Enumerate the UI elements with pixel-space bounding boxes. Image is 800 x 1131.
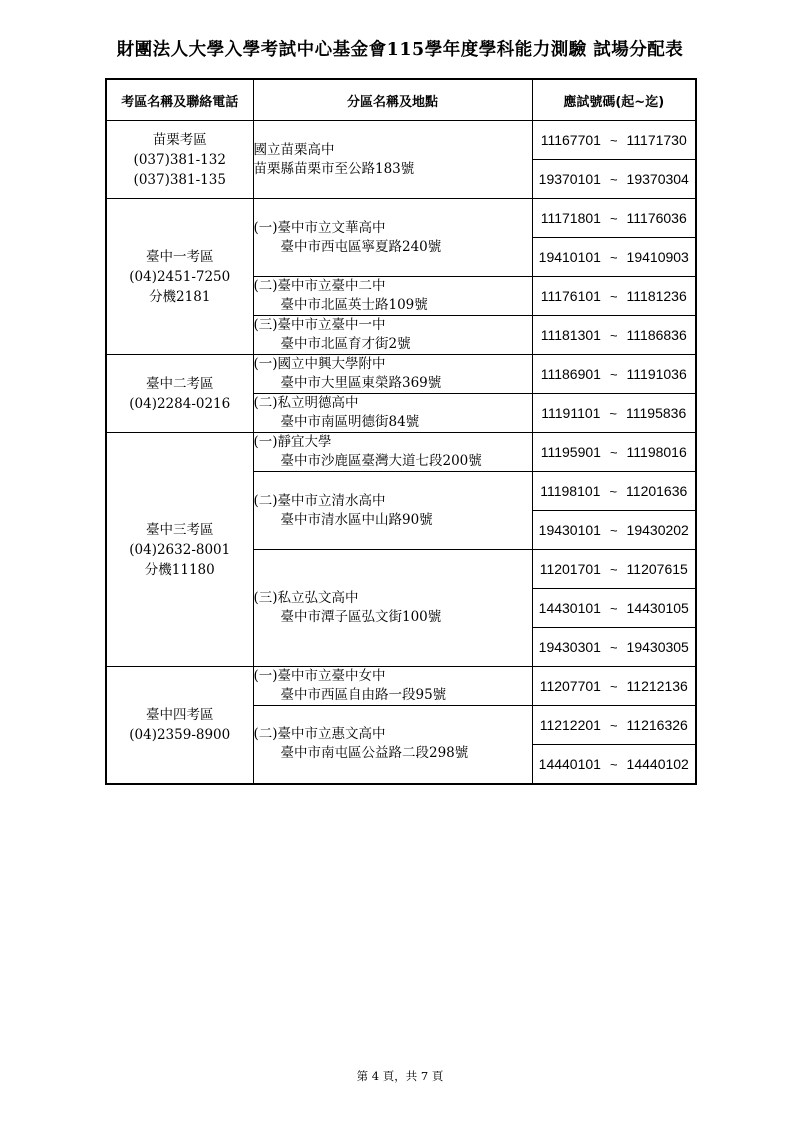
exam-number-range-cell: 11176101~11181236: [532, 277, 696, 316]
range-start: 19410101: [539, 249, 601, 265]
venue-name: (二)臺中市立臺中二中: [254, 277, 532, 296]
range-tilde: ~: [610, 133, 618, 148]
range-end: 11195836: [626, 405, 686, 421]
range-tilde: ~: [610, 679, 618, 694]
range-end: 11191036: [627, 366, 687, 382]
venue-address: 臺中市北區育才街2號: [281, 335, 532, 354]
range-tilde: ~: [610, 640, 618, 655]
table-row: 苗栗考區(037)381-132(037)381-135國立苗栗高中苗栗縣苗栗市…: [106, 121, 696, 160]
venue-address: 臺中市西屯區寧夏路240號: [281, 238, 532, 257]
table-row: 臺中二考區(04)2284-0216(一)國立中興大學附中臺中市大里區東榮路36…: [106, 355, 696, 394]
venue-name: (二)私立明德高中: [254, 394, 532, 413]
venue-cell: (一)國立中興大學附中臺中市大里區東榮路369號: [253, 355, 532, 394]
table-row: 臺中三考區(04)2632-8001分機11180(一)靜宜大學臺中市沙鹿區臺灣…: [106, 433, 696, 472]
venue-cell: (三)私立弘文高中臺中市潭子區弘文街100號: [253, 550, 532, 667]
venue-name: (三)臺中市立臺中一中: [254, 316, 532, 335]
range-end: 11207615: [627, 561, 688, 577]
range-start: 19370101: [539, 171, 601, 187]
range-start: 11186901: [541, 366, 601, 382]
table-row: 臺中一考區(04)2451-7250分機2181(一)臺中市立文華高中臺中市西屯…: [106, 199, 696, 238]
venue-cell: (二)臺中市立清水高中臺中市清水區中山路90號: [253, 472, 532, 550]
range-tilde: ~: [610, 445, 618, 460]
exam-number-range-cell: 19430101~19430202: [532, 511, 696, 550]
document-page: 財團法人大學入學考試中心基金會115學年度學科能力測驗 試場分配表 考區名稱及聯…: [0, 0, 800, 1131]
exam-area-name: 臺中四考區: [107, 705, 253, 725]
exam-area-phone: (04)2632-8001: [107, 540, 253, 560]
venue-name: (一)靜宜大學: [254, 433, 532, 452]
range-end: 14440102: [627, 756, 689, 772]
range-tilde: ~: [610, 523, 618, 538]
range-tilde: ~: [610, 289, 618, 304]
range-end: 19430202: [627, 522, 689, 538]
range-end: 11212136: [627, 678, 688, 694]
venue-cell: (二)私立明德高中臺中市南區明德街84號: [253, 394, 532, 433]
column-header-exam-area: 考區名稱及聯絡電話: [106, 79, 253, 121]
range-end: 11171730: [627, 132, 687, 148]
range-start: 11212201: [540, 717, 601, 733]
range-end: 11186836: [627, 327, 687, 343]
exam-number-range-cell: 11191101~11195836: [532, 394, 696, 433]
column-header-exam-numbers: 應試號碼(起~迄): [532, 79, 696, 121]
range-end: 19370304: [627, 171, 689, 187]
range-end: 11176036: [627, 210, 687, 226]
exam-number-range-cell: 14430101~14430105: [532, 589, 696, 628]
range-start: 19430301: [539, 639, 601, 655]
exam-venue-allocation-table: 考區名稱及聯絡電話 分區名稱及地點 應試號碼(起~迄) 苗栗考區(037)381…: [105, 78, 697, 785]
range-start: 11181301: [541, 327, 601, 343]
range-start: 11167701: [541, 132, 601, 148]
range-start: 14440101: [539, 756, 601, 772]
range-end: 19410903: [627, 249, 689, 265]
venue-name: 國立苗栗高中: [254, 141, 532, 160]
venue-address: 臺中市南區明德街84號: [281, 413, 532, 432]
exam-area-cell: 苗栗考區(037)381-132(037)381-135: [106, 121, 253, 199]
range-tilde: ~: [609, 406, 617, 421]
range-end: 11198016: [627, 444, 687, 460]
range-start: 11201701: [540, 561, 601, 577]
table-row: 臺中四考區(04)2359-8900(一)臺中市立臺中女中臺中市西區自由路一段9…: [106, 667, 696, 706]
venue-cell: (一)臺中市立臺中女中臺中市西區自由路一段95號: [253, 667, 532, 706]
venue-cell: (一)靜宜大學臺中市沙鹿區臺灣大道七段200號: [253, 433, 532, 472]
page-title: 財團法人大學入學考試中心基金會115學年度學科能力測驗 試場分配表: [0, 36, 800, 61]
venue-cell: (三)臺中市立臺中一中臺中市北區育才街2號: [253, 316, 532, 355]
exam-number-range-cell: 11198101~11201636: [532, 472, 696, 511]
range-tilde: ~: [610, 172, 618, 187]
exam-area-phone: 分機2181: [107, 287, 253, 307]
range-tilde: ~: [610, 718, 618, 733]
exam-number-range-cell: 11212201~11216326: [532, 706, 696, 745]
venue-address: 臺中市沙鹿區臺灣大道七段200號: [281, 452, 532, 471]
range-start: 11195901: [541, 444, 601, 460]
exam-number-range-cell: 11195901~11198016: [532, 433, 696, 472]
exam-area-phone: (037)381-132: [107, 150, 253, 170]
venue-cell: (一)臺中市立文華高中臺中市西屯區寧夏路240號: [253, 199, 532, 277]
venue-address: 臺中市南屯區公益路二段298號: [281, 744, 532, 763]
column-header-venue: 分區名稱及地點: [253, 79, 532, 121]
table-header-row: 考區名稱及聯絡電話 分區名稱及地點 應試號碼(起~迄): [106, 79, 696, 121]
exam-area-phone: (04)2451-7250: [107, 267, 253, 287]
exam-number-range-cell: 19410101~19410903: [532, 238, 696, 277]
exam-number-range-cell: 11171801~11176036: [532, 199, 696, 238]
exam-area-name: 臺中二考區: [107, 374, 253, 394]
venue-name: (二)臺中市立惠文高中: [254, 725, 532, 744]
page-number: 第 4 頁，共 7 頁: [0, 1068, 800, 1084]
exam-area-phone: 分機11180: [107, 560, 253, 580]
range-start: 14430101: [539, 600, 601, 616]
range-tilde: ~: [609, 484, 617, 499]
exam-number-range-cell: 11186901~11191036: [532, 355, 696, 394]
venue-name: (一)臺中市立臺中女中: [254, 667, 532, 686]
range-start: 11207701: [540, 678, 601, 694]
venue-name: (三)私立弘文高中: [254, 589, 532, 608]
venue-cell: 國立苗栗高中苗栗縣苗栗市至公路183號: [253, 121, 532, 199]
range-start: 19430101: [539, 522, 601, 538]
exam-number-range-cell: 11181301~11186836: [532, 316, 696, 355]
range-end: 11201636: [626, 483, 687, 499]
range-tilde: ~: [610, 211, 618, 226]
exam-number-range-cell: 11207701~11212136: [532, 667, 696, 706]
venue-address: 臺中市北區英士路109號: [281, 296, 532, 315]
venue-cell: (二)臺中市立臺中二中臺中市北區英士路109號: [253, 277, 532, 316]
exam-number-range-cell: 14440101~14440102: [532, 745, 696, 784]
exam-area-cell: 臺中一考區(04)2451-7250分機2181: [106, 199, 253, 355]
exam-number-range-cell: 11201701~11207615: [532, 550, 696, 589]
range-tilde: ~: [610, 601, 618, 616]
range-tilde: ~: [610, 562, 618, 577]
range-end: 14430105: [627, 600, 689, 616]
venue-address: 臺中市清水區中山路90號: [281, 511, 532, 530]
range-start: 11191101: [541, 405, 600, 421]
range-end: 19430305: [627, 639, 689, 655]
exam-area-cell: 臺中三考區(04)2632-8001分機11180: [106, 433, 253, 667]
range-start: 11171801: [541, 210, 601, 226]
venue-name: (二)臺中市立清水高中: [254, 492, 532, 511]
exam-area-name: 臺中一考區: [107, 247, 253, 267]
range-tilde: ~: [610, 250, 618, 265]
venue-address: 臺中市西區自由路一段95號: [281, 686, 532, 705]
venue-address: 臺中市潭子區弘文街100號: [281, 608, 532, 627]
exam-area-cell: 臺中四考區(04)2359-8900: [106, 667, 253, 784]
range-end: 11216326: [627, 717, 688, 733]
exam-area-name: 苗栗考區: [107, 130, 253, 150]
exam-area-phone: (04)2359-8900: [107, 725, 253, 745]
venue-name: (一)國立中興大學附中: [254, 355, 532, 374]
venue-address: 臺中市大里區東榮路369號: [281, 374, 532, 393]
exam-number-range-cell: 19430301~19430305: [532, 628, 696, 667]
range-tilde: ~: [610, 757, 618, 772]
range-tilde: ~: [610, 367, 618, 382]
venue-name: (一)臺中市立文華高中: [254, 219, 532, 238]
exam-number-range-cell: 19370101~19370304: [532, 160, 696, 199]
exam-area-phone: (037)381-135: [107, 170, 253, 190]
exam-area-cell: 臺中二考區(04)2284-0216: [106, 355, 253, 433]
venue-address: 苗栗縣苗栗市至公路183號: [254, 160, 532, 179]
range-end: 11181236: [627, 288, 687, 304]
exam-number-range-cell: 11167701~11171730: [532, 121, 696, 160]
range-tilde: ~: [610, 328, 618, 343]
exam-area-phone: (04)2284-0216: [107, 394, 253, 414]
range-start: 11176101: [541, 288, 601, 304]
range-start: 11198101: [540, 483, 600, 499]
exam-area-name: 臺中三考區: [107, 520, 253, 540]
venue-cell: (二)臺中市立惠文高中臺中市南屯區公益路二段298號: [253, 706, 532, 784]
